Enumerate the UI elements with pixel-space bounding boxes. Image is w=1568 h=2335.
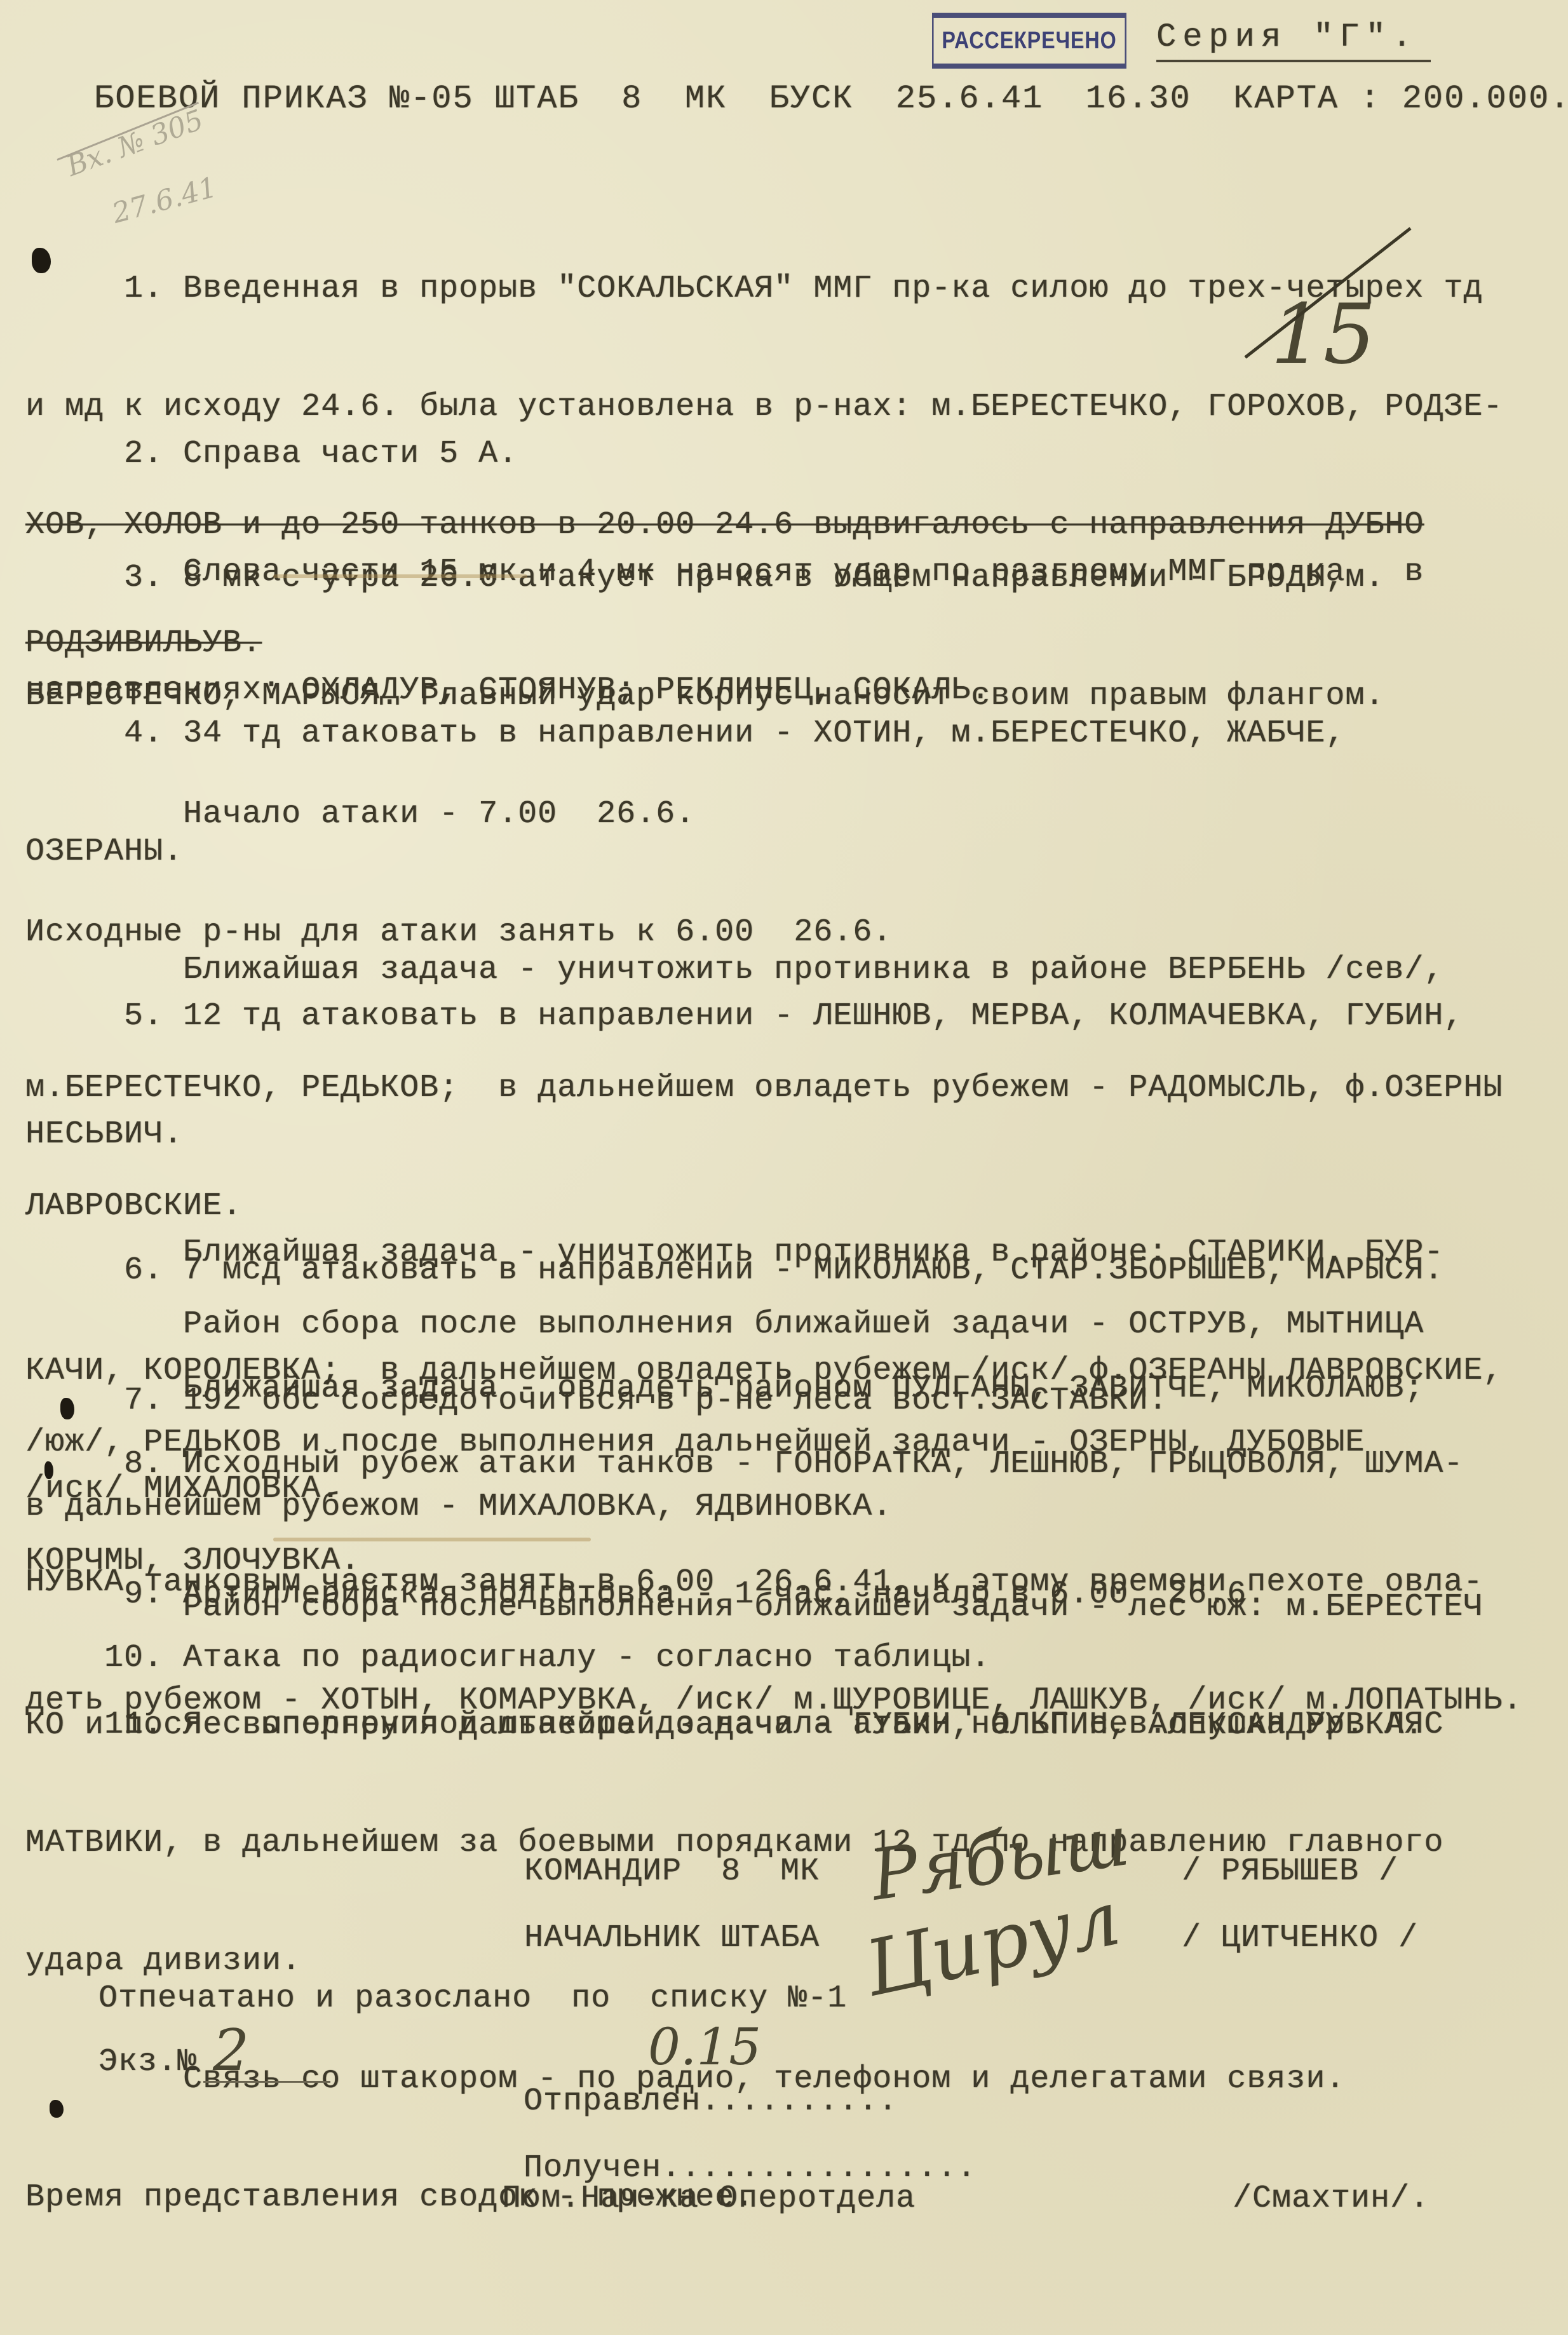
text-line: НЕСЬВИЧ. <box>25 1115 1503 1154</box>
order-title: БОЕВОЙ ПРИКАЗ №-05 ШТАБ 8 МК БУСК 25.6.4… <box>94 79 1568 119</box>
copy-number-label: Экз.№ <box>98 2043 197 2082</box>
text-line: 6. 7 мсд атаковать в направлении - МИКОЛ… <box>25 1251 1443 1290</box>
text-line: 8. Исходный рубеж атаки танков - ГОНОРАТ… <box>25 1445 1522 1484</box>
chief-of-staff-title: НАЧАЛЬНИК ШТАБА <box>524 1919 820 1958</box>
copy-number-underline <box>203 2081 330 2083</box>
distribution-note: Отпечатано и разослано по списку №-1 <box>98 1979 847 2019</box>
assistant-name: /Смахтин/. <box>1233 2179 1429 2219</box>
series-label: Серия "Г". <box>1156 18 1431 62</box>
copy-number-value: 2 <box>213 2017 249 2084</box>
text-line: 1. Введенная в прорыв "СОКАЛЬСКАЯ" ММГ п… <box>25 269 1503 309</box>
text-line: ОЗЕРАНЫ. <box>25 832 1503 872</box>
assistant-title: Пом.Нач-ка Оперотдела <box>502 2179 916 2219</box>
stain-underline <box>273 1538 591 1541</box>
commander-title: КОМАНДИР 8 МК <box>524 1852 820 1892</box>
text-line: 3. 8 мк с утра 26.6 атакует пр-ка в обще… <box>25 558 1384 598</box>
text-line: 11. Я с опергруппой штакора до начала ат… <box>25 1705 1443 1745</box>
text-line: 5. 12 тд атаковать в направлении - ЛЕШНЮ… <box>25 997 1503 1036</box>
text-line: 2. Справа части 5 А. <box>25 435 1424 474</box>
stain-underline <box>273 574 527 578</box>
sent-value: 0.15 <box>648 2017 761 2076</box>
document-page: РАССЕКРЕЧЕНО Серия "Г". БОЕВОЙ ПРИКАЗ №-… <box>0 0 1568 2335</box>
commander-name: / РЯБЫШЕВ / <box>1182 1852 1398 1892</box>
text-line: 4. 34 тд атаковать в направлении - ХОТИН… <box>25 714 1503 754</box>
declassified-stamp: РАССЕКРЕЧЕНО <box>932 13 1126 69</box>
chief-of-staff-name: / ЦИТЧЕНКО / <box>1182 1919 1418 1958</box>
